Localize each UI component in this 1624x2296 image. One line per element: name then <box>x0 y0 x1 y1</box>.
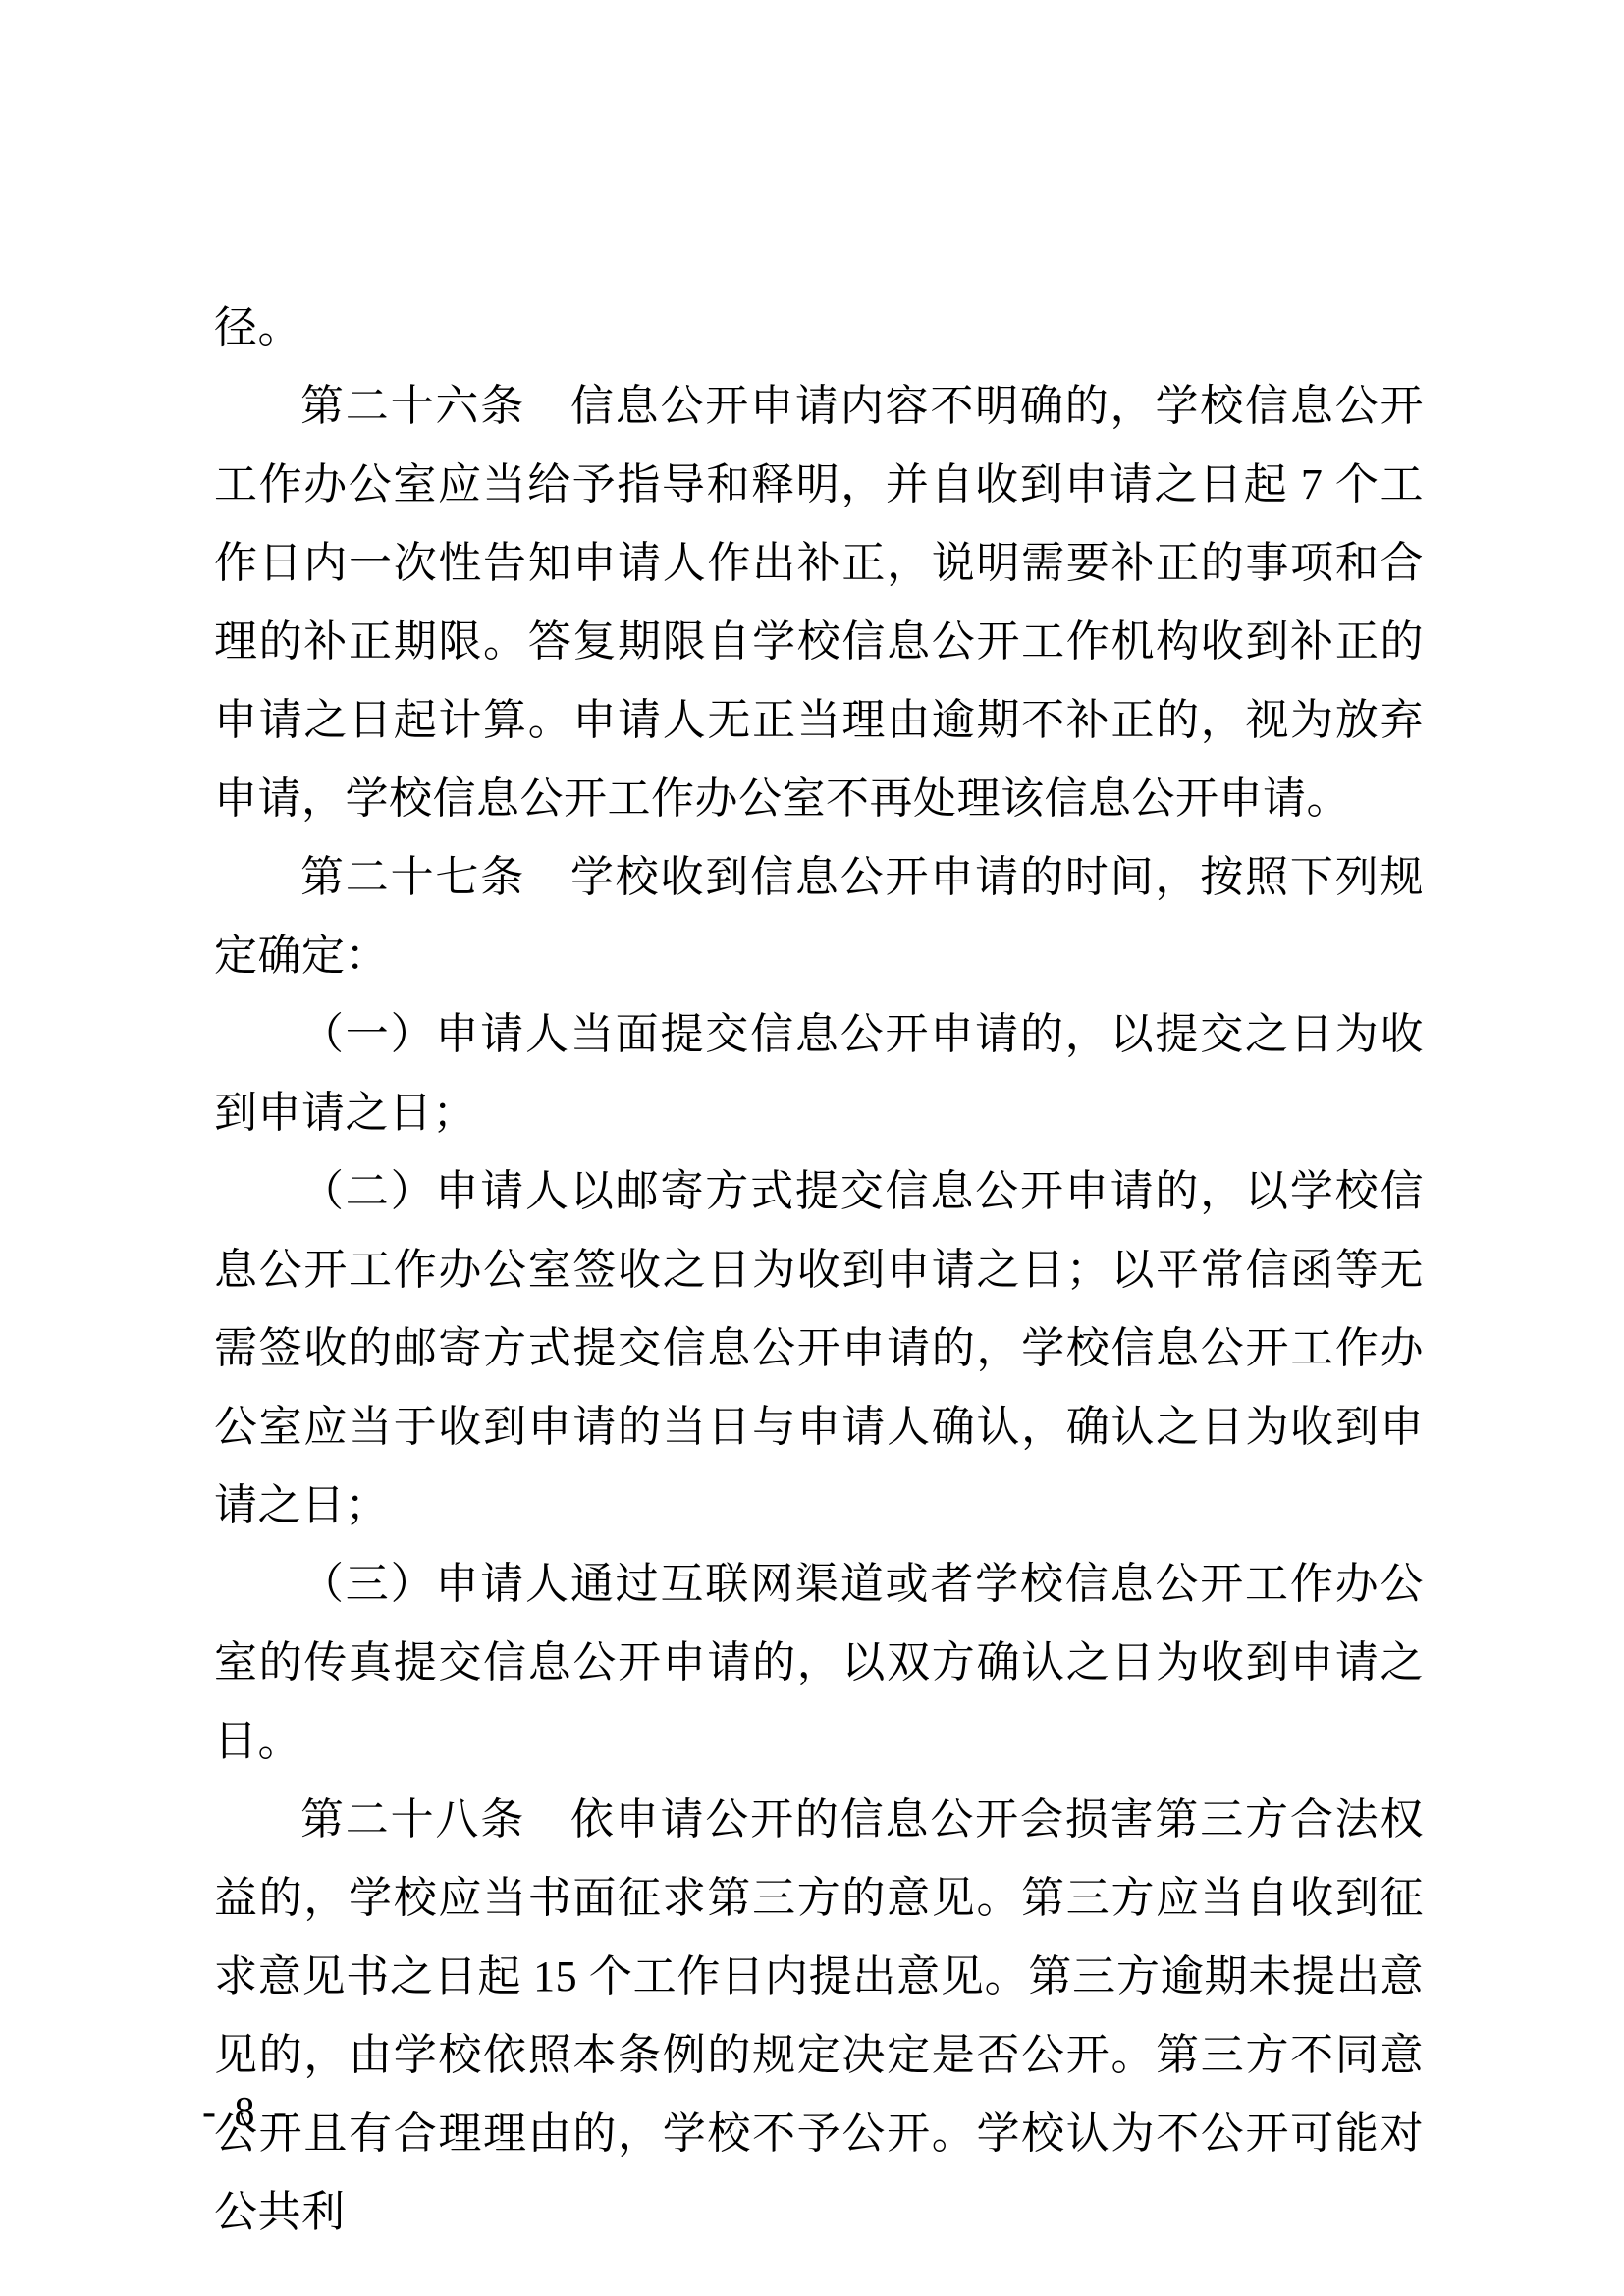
paragraph-article-27-item-3: （三）申请人通过互联网渠道或者学校信息公开工作办公室的传真提交信息公开申请的，以… <box>214 1545 1424 1781</box>
paragraph-article-27-item-2: （二）申请人以邮寄方式提交信息公开申请的，以学校信息公开工作办公室签收之日为收到… <box>214 1152 1424 1545</box>
paragraph-article-28: 第二十八条 依申请公开的信息公开会损害第三方合法权益的，学校应当书面征求第三方的… <box>214 1781 1424 2252</box>
paragraph-article-27-item-1: （一）申请人当面提交信息公开申请的，以提交之日为收到申请之日； <box>214 995 1424 1152</box>
document-body: 径。 第二十六条 信息公开申请内容不明确的，学校信息公开工作办公室应当给予指导和… <box>214 289 1424 2252</box>
paragraph-article-26: 第二十六条 信息公开申请内容不明确的，学校信息公开工作办公室应当给予指导和释明，… <box>214 367 1424 838</box>
paragraph-continuation: 径。 <box>214 289 1424 367</box>
document-page: 径。 第二十六条 信息公开申请内容不明确的，学校信息公开工作办公室应当给予指导和… <box>0 0 1624 2296</box>
page-number: - 8 - <box>202 2089 291 2136</box>
paragraph-article-27: 第二十七条 学校收到信息公开申请的时间，按照下列规定确定： <box>214 838 1424 995</box>
